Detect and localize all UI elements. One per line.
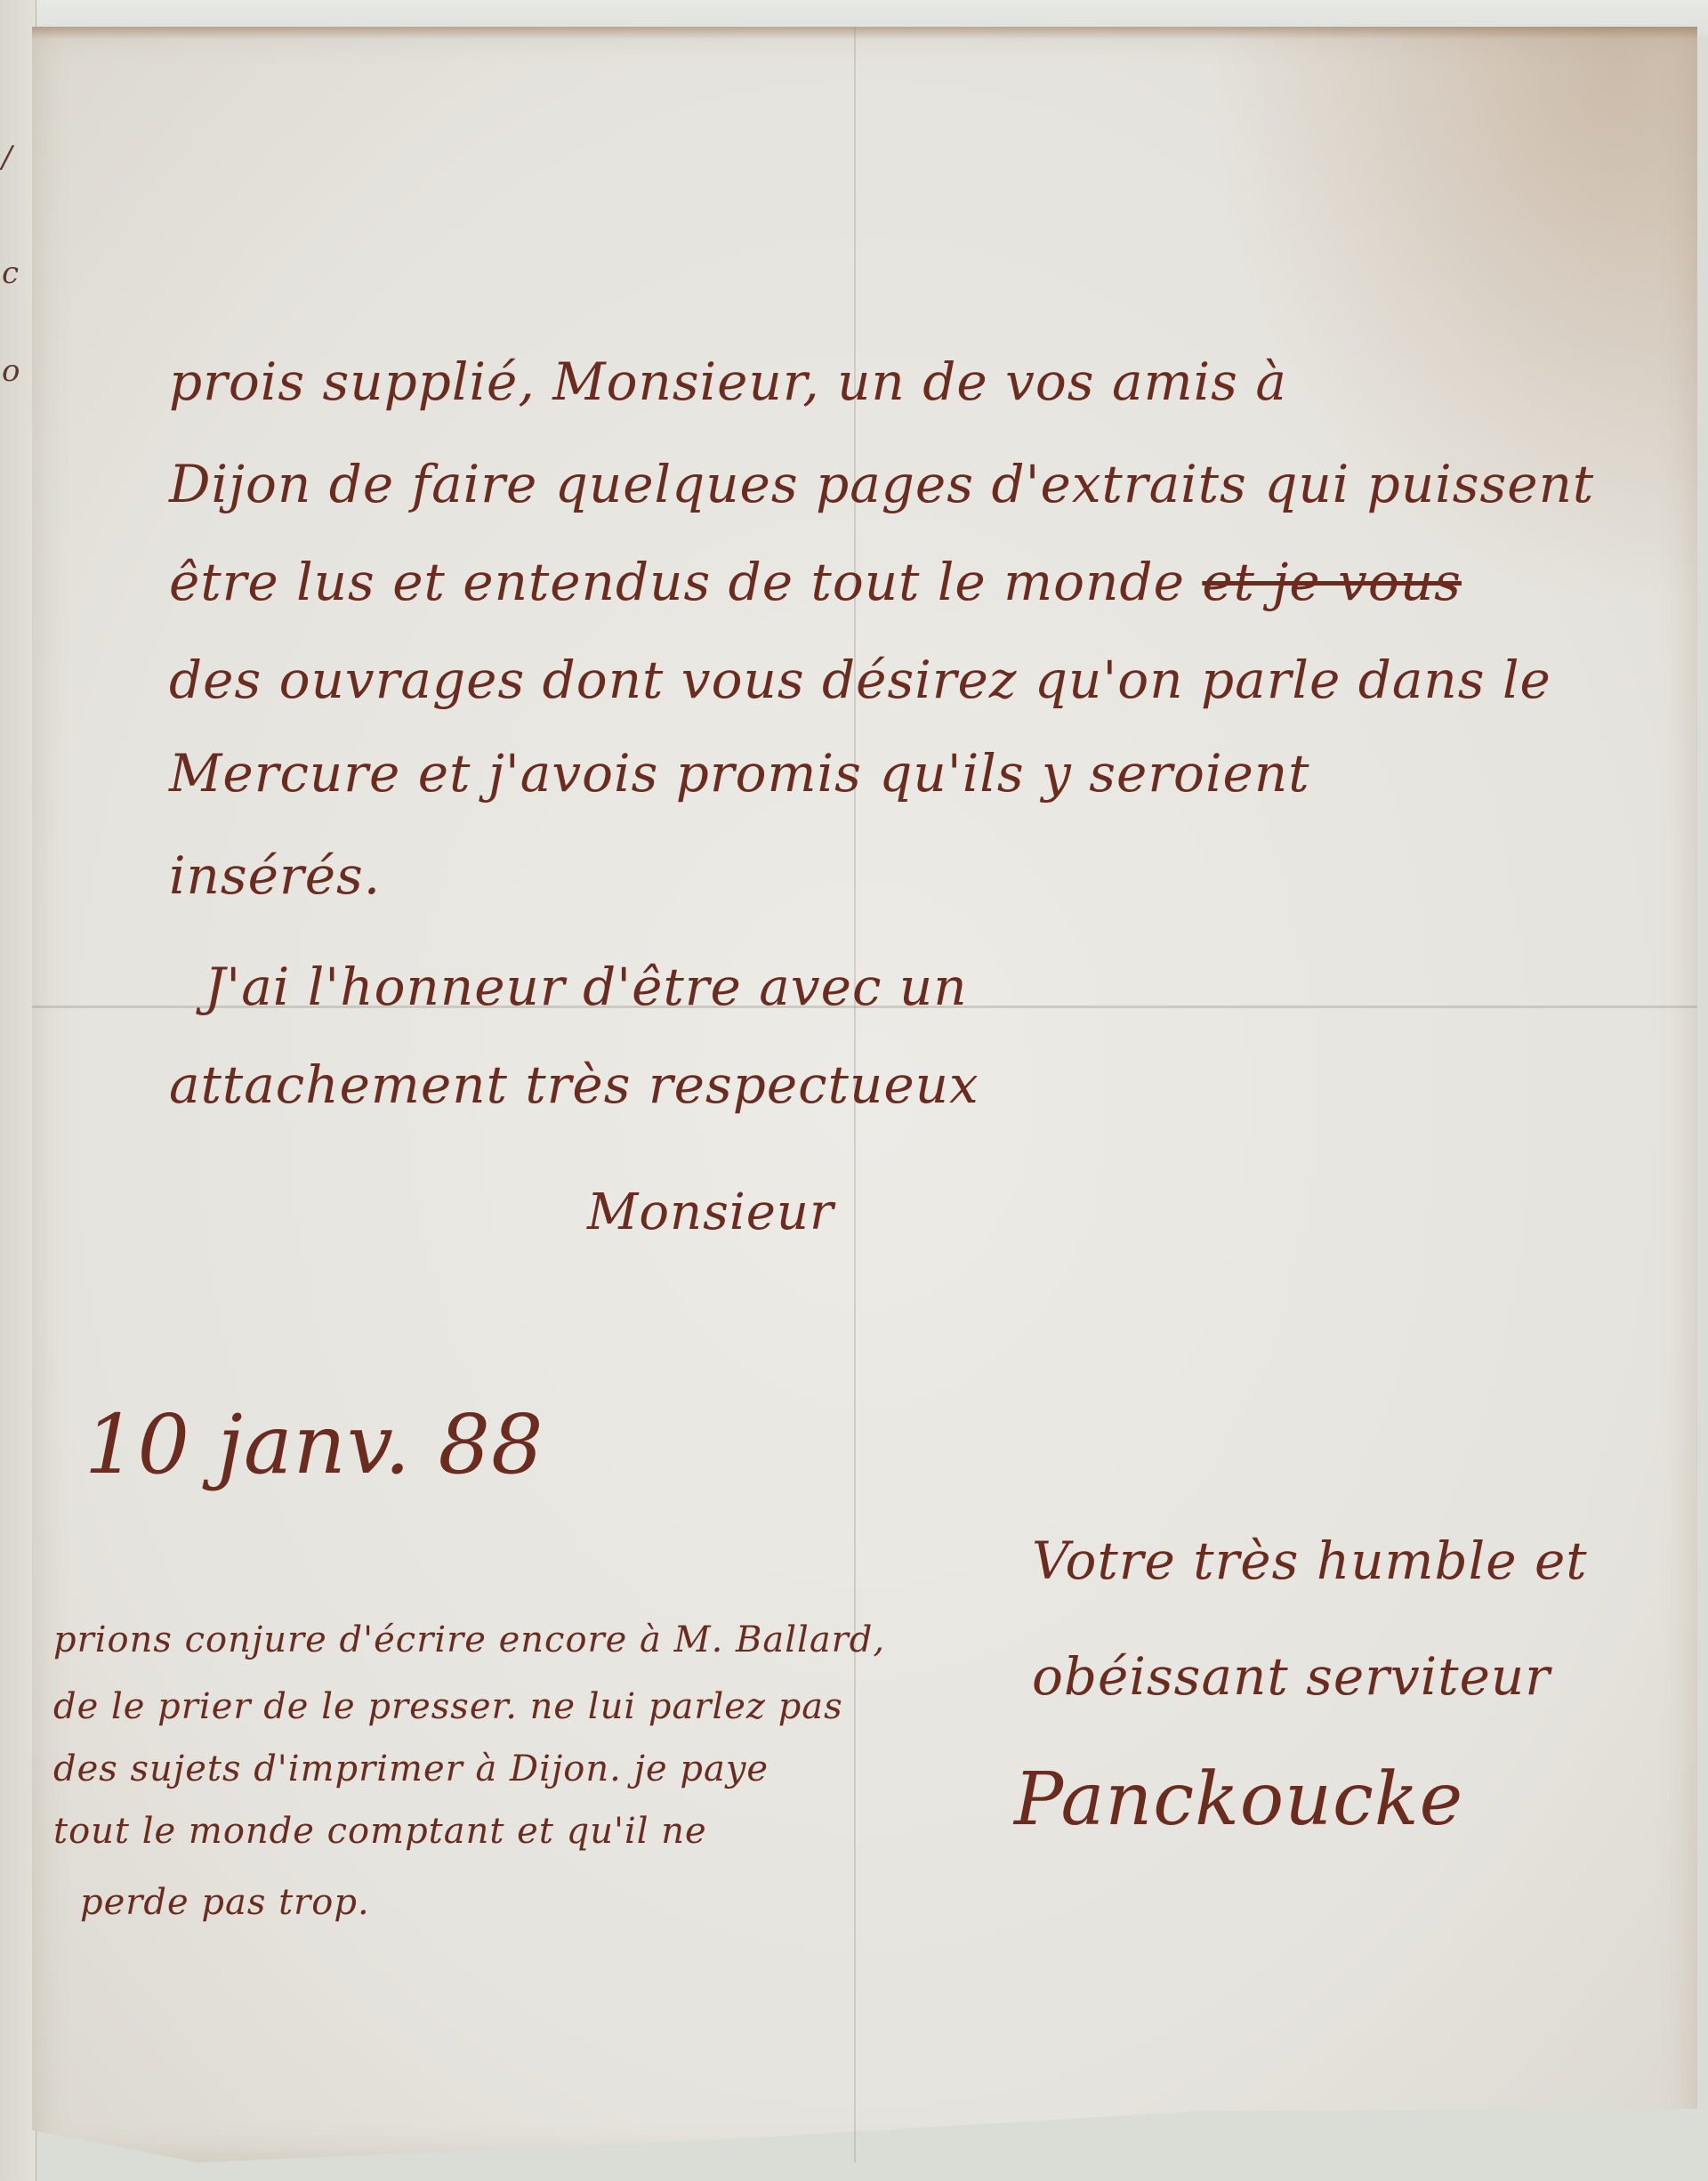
salutation: Monsieur — [587, 1183, 834, 1241]
body-line: insérés. — [169, 845, 381, 906]
stained-top-edge — [32, 27, 1697, 39]
adjacent-page-edge: / c o — [0, 0, 36, 2181]
body-line: Mercure et j'avois promis qu'ils y seroi… — [169, 743, 1310, 804]
body-line: prois supplié, Monsieur, un de vos amis … — [169, 351, 1287, 412]
adjacent-page-mark: c — [2, 258, 19, 288]
postscript-line: des sujets d'imprimer à Dijon. je paye — [53, 1749, 769, 1789]
body-line-text: être lus et entendus de tout le monde — [169, 552, 1202, 612]
body-line: des ouvrages dont vous désirez qu'on par… — [169, 650, 1551, 710]
postscript-line: perde pas trop. — [80, 1882, 370, 1923]
struck-text: et je vous — [1202, 552, 1462, 612]
body-line: être lus et entendus de tout le monde et… — [169, 552, 1462, 612]
signoff-line: Votre très humble et — [1032, 1531, 1588, 1591]
signature: Panckoucke — [1014, 1757, 1463, 1842]
closing-line: attachement très respectueux — [169, 1054, 979, 1115]
adjacent-page-mark: / — [2, 142, 12, 173]
postscript-line: prions conjure d'écrire encore à M. Ball… — [53, 1620, 885, 1660]
letter-date: 10 janv. 88 — [85, 1397, 544, 1492]
signoff-line: obéissant serviteur — [1032, 1646, 1551, 1707]
postscript-line: de le prier de le presser. ne lui parlez… — [53, 1686, 843, 1727]
closing-line: J'ai l'honneur d'être avec un — [205, 957, 968, 1017]
adjacent-page-mark: o — [2, 356, 20, 386]
body-line: Dijon de faire quelques pages d'extraits… — [169, 454, 1594, 514]
postscript-line: tout le monde comptant et qu'il ne — [53, 1811, 707, 1852]
